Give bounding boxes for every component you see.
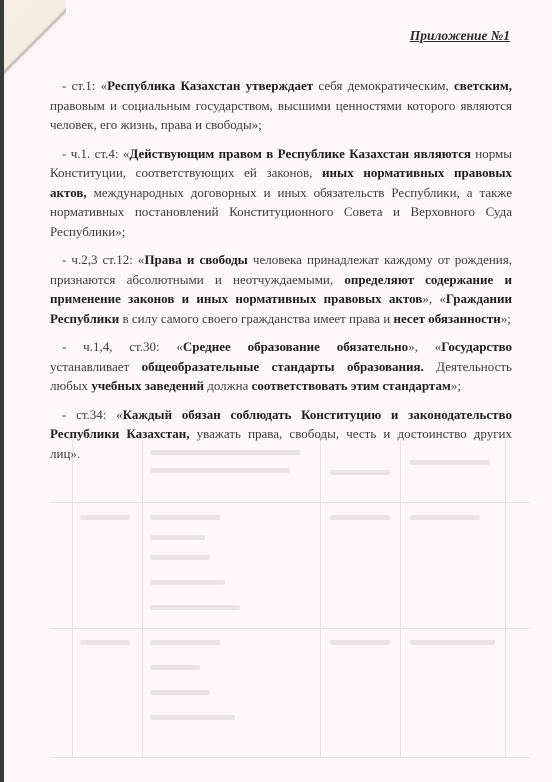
emphasized-text: Права и свободы [144,252,247,267]
text-run: - ст.34: « [62,407,123,422]
text-run: правовым и социальным государством, высш… [50,98,512,133]
emphasized-text: Государство [441,339,512,354]
text-run: в силу самого своего гражданства имеет п… [119,311,393,326]
paragraph-article-30: - ч.1,4, ст.30: «Среднее образование обя… [50,337,512,396]
text-run: себя демократическим, [313,78,454,93]
scanned-page: Приложение №1 - ст.1: «Республика Казахс… [4,0,552,782]
document-body: - ст.1: «Республика Казахстан утверждает… [50,76,512,472]
emphasized-text: несет обязанности [393,311,500,326]
paragraph-article-4: - ч.1. ст.4: «Действующим правом в Респу… [50,144,512,242]
text-run: международных договорных и иных обязател… [50,185,512,239]
emphasized-text: светским, [454,78,512,93]
emphasized-text: учебных заведений [91,378,204,393]
emphasized-text: общеобразательные стандарты образования. [142,359,424,374]
text-run: - ст.1: « [62,78,107,93]
emphasized-text: Республика Казахстан утверждает [107,78,313,93]
appendix-label: Приложение №1 [410,28,510,44]
text-run: », « [422,291,446,306]
paragraph-article-1: - ст.1: «Республика Казахстан утверждает… [50,76,512,135]
text-run: - ч.1. ст.4: « [62,146,129,161]
text-run: должна [204,378,252,393]
emphasized-text: соответствовать этим стандартам [252,378,451,393]
folded-corner [4,0,66,82]
emphasized-text: Среднее образование обязательно [183,339,408,354]
text-run: - ч.2,3 ст.12: « [62,252,144,267]
text-run: »; [451,378,461,393]
text-run: - ч.1,4, ст.30: « [62,339,183,354]
emphasized-text: Действующим правом в Республике Казахста… [129,146,471,161]
text-run: »; [501,311,511,326]
text-run: устанавливает [50,359,142,374]
paragraph-article-12: - ч.2,3 ст.12: «Права и свободы человека… [50,250,512,328]
text-run: », « [408,339,441,354]
bleed-through-table [50,440,530,758]
